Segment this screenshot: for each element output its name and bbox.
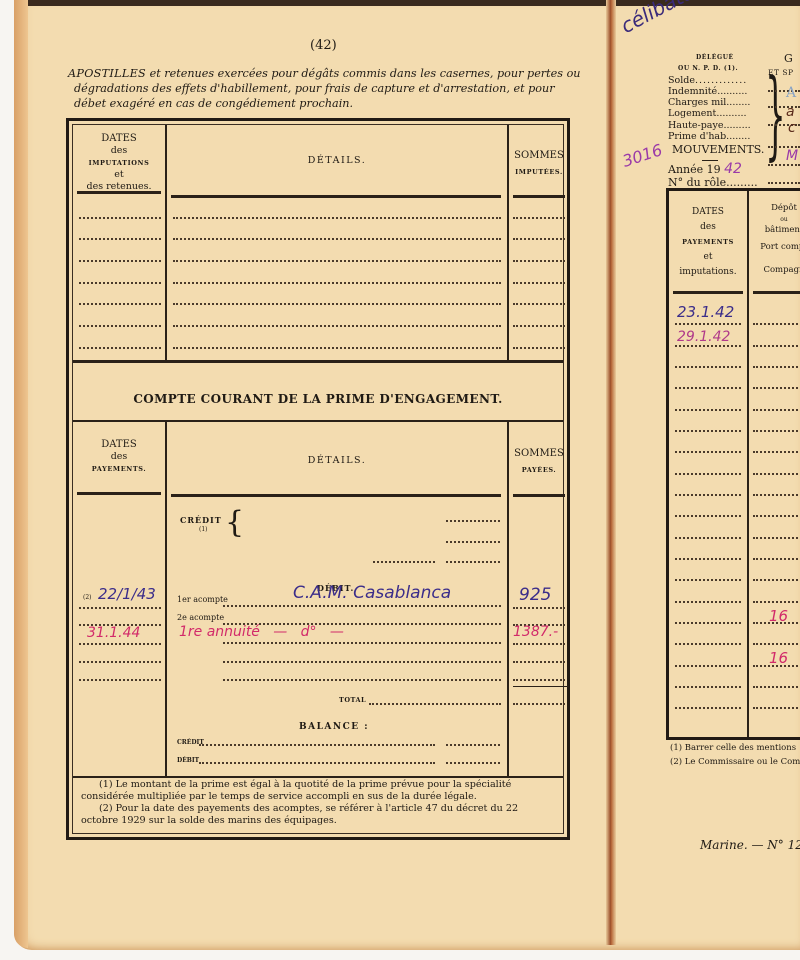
credit-line — [446, 561, 500, 563]
apostilles-sommes-header: SOMMES IMPUTÉES. — [509, 150, 569, 178]
header-line: SOMMES — [509, 448, 569, 460]
npd-label: OU N. P. D. (1). — [668, 63, 764, 74]
header-line: IMPUTÉES. — [509, 166, 569, 178]
label-text: Logement — [668, 108, 716, 119]
header-line: des — [669, 220, 747, 235]
header-rule — [171, 195, 501, 198]
payment-date: 29.1.42 — [677, 329, 730, 345]
label-text: Solde — [668, 75, 695, 86]
total-label: TOTAL — [339, 696, 366, 704]
right-line — [768, 182, 800, 184]
partial-value: M — [786, 148, 798, 164]
label-text: Indemnité — [668, 86, 717, 97]
amount-line — [513, 661, 565, 663]
payments-dates-header: DATES des PAYEMENTS et imputations. — [669, 205, 747, 280]
entry-detail: 1re annuité — d° — — [179, 624, 344, 640]
footnote-divider — [73, 776, 563, 778]
page-edge — [14, 0, 28, 948]
credit-line — [446, 541, 500, 543]
balance-credit-amount — [446, 744, 500, 746]
page-number: (42) — [310, 38, 337, 53]
labels-brace: } — [765, 61, 785, 169]
footnote-1: (1) Le montant de la prime est égal à la… — [81, 779, 555, 803]
balance-debit-label: DÉBIT — [177, 757, 199, 764]
header-line: PAYÉES. — [509, 464, 569, 476]
entry-line — [223, 679, 501, 681]
book-gutter — [606, 0, 616, 945]
right-line — [768, 106, 800, 108]
header-line: SOMMES — [509, 150, 569, 162]
side-value: 16 — [769, 607, 788, 625]
date-line — [79, 661, 161, 663]
header-line: Port compt — [749, 242, 800, 253]
acompte1-label: 1er acompte — [177, 595, 228, 604]
entry-date: 31.1.44 — [87, 625, 140, 641]
partial-value: A — [786, 85, 796, 101]
credit-label: CRÉDIT — [180, 515, 222, 525]
payments-table-frame: DATES des PAYEMENTS et imputations. Dépô… — [666, 188, 800, 740]
total-rule — [513, 686, 569, 687]
annee-label: Année 19 — [668, 163, 721, 176]
header-line: imputations. — [669, 265, 747, 280]
compte-sommes-header: SOMMES PAYÉES. — [509, 448, 569, 476]
header-line: et — [73, 169, 165, 181]
total-amount-line — [513, 703, 565, 705]
header-line: Compagn — [749, 265, 800, 276]
intro-lead: APOSTILLES — [68, 67, 146, 80]
entry-line — [223, 605, 501, 607]
header-line: PAYEMENTS. — [73, 463, 165, 475]
apostilles-dates-header: DATES des IMPUTATIONS et des retenues. — [73, 133, 165, 193]
page-footer: Marine. — N° 12 — [700, 838, 800, 852]
partial-header-sp: ET SP — [768, 68, 794, 77]
header-rule — [77, 492, 161, 495]
column-divider — [507, 125, 509, 360]
credit-subtotal-line — [373, 561, 435, 563]
header-rule — [513, 195, 565, 198]
label-text: Haute-paye — [668, 120, 723, 131]
entry-line — [223, 661, 501, 663]
balance-debit-line — [199, 762, 435, 764]
divider — [702, 160, 718, 161]
header-line: des — [73, 145, 165, 157]
label-indemnite: Indemnité.......... — [668, 86, 764, 97]
annee-value: 42 — [724, 161, 742, 177]
entry-detail: C.A.M. Casablanca — [293, 583, 451, 603]
section-divider — [73, 360, 563, 363]
header-line: IMPUTATIONS — [73, 157, 165, 169]
right-line — [768, 164, 800, 166]
partial-header-g: G — [784, 52, 793, 65]
compte-dates-header: DATES des PAYEMENTS. — [73, 439, 165, 475]
allowance-labels: DÉLÉGUÉ OU N. P. D. (1). Solde..........… — [668, 52, 764, 188]
depot-header: Dépôt ou bâtiment Port compt Compagn — [749, 203, 800, 276]
label-logement: Logement.......... — [668, 108, 764, 119]
compte-courant-title: COMPTE COURANT DE LA PRIME D'ENGAGEMENT. — [73, 392, 563, 406]
entry-amount: 925 — [519, 585, 551, 605]
entry-line — [223, 642, 501, 644]
header-rule — [673, 291, 743, 294]
column-divider — [165, 125, 167, 360]
acompte2-label: 2e acompte — [177, 613, 224, 622]
date-line — [79, 679, 161, 681]
footnote-2: (2) Pour la date des payements des acomp… — [81, 803, 555, 827]
header-rule — [513, 494, 565, 497]
partial-value: c — [788, 120, 796, 136]
header-rule — [171, 494, 501, 497]
row-note: (2) — [83, 594, 92, 601]
label-text: Prime d'hab. — [668, 131, 729, 142]
annee-row: Année 19 42 — [668, 164, 764, 175]
intro-paragraph: APOSTILLES et retenues exercées pour dég… — [68, 66, 584, 111]
header-line: des — [73, 451, 165, 463]
amount-line — [513, 643, 565, 645]
credit-note: (1) — [199, 526, 208, 533]
date-line — [79, 607, 161, 609]
side-value: 16 — [769, 649, 788, 667]
header-rule — [753, 291, 800, 294]
header-rule — [77, 191, 161, 194]
header-line: DATES — [73, 133, 165, 145]
label-text: Charges mil. — [668, 97, 729, 108]
amount-line — [513, 607, 565, 609]
column-divider — [165, 422, 167, 776]
header-line: PAYEMENTS — [669, 235, 747, 250]
header-line: bâtiment — [749, 225, 800, 236]
header-line: DATES — [73, 439, 165, 451]
label-prime-hab: Prime d'hab........ — [668, 131, 764, 142]
header-line: et — [669, 250, 747, 265]
label-solde: Solde............. — [668, 75, 764, 86]
balance-debit-amount — [446, 762, 500, 764]
header-line: ou — [749, 214, 800, 225]
compte-details-header: DÉTAILS. — [168, 455, 506, 467]
header-line: DATES — [669, 205, 747, 220]
balance-label: BALANCE : — [299, 722, 369, 732]
credit-line — [446, 520, 500, 522]
form-frame: DATES des IMPUTATIONS et des retenues. D… — [66, 118, 570, 840]
label-charges: Charges mil........ — [668, 97, 764, 108]
total-line — [369, 703, 501, 705]
entry-date: 22/1/43 — [98, 585, 156, 603]
entry-amount: 1387.- — [513, 624, 558, 640]
balance-credit-line — [199, 744, 435, 746]
partial-value: a — [786, 104, 795, 120]
mouvements-label: MOUVEMENTS. — [668, 144, 764, 155]
apostilles-details-header: DÉTAILS. — [168, 155, 506, 167]
right-footnote-2: (2) Le Commissaire ou le Com — [670, 757, 800, 767]
date-line — [79, 643, 161, 645]
delegue-label: DÉLÉGUÉ — [668, 52, 764, 63]
role-row: N° du rôle......... — [668, 177, 764, 188]
label-haute-paye: Haute-paye......... — [668, 120, 764, 131]
credit-brace: { — [225, 508, 244, 538]
amount-line — [513, 679, 565, 681]
footnotes: (1) Le montant de la prime est égal à la… — [81, 779, 555, 827]
intro-text: et retenues exercées pour dégâts commis … — [74, 67, 581, 110]
payment-date: 23.1.42 — [677, 303, 734, 321]
section-divider — [73, 420, 563, 422]
header-line: Dépôt — [749, 203, 800, 214]
right-footnote-1: (1) Barrer celle des mentions — [670, 743, 796, 753]
